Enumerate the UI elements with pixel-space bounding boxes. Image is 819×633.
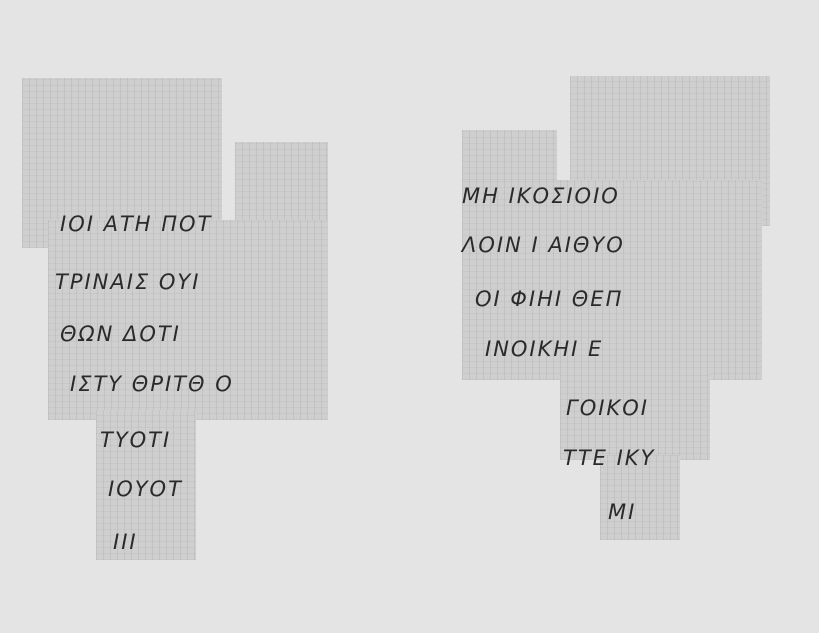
left-text-line: ΘΩΝ ΔΟΤΙ: [60, 322, 181, 346]
left-text-line: ΤΡΙΝΑΙΣ ΟΥΙ: [55, 270, 200, 294]
right-text-line: ΟΙ ΦΙΗΙ ΘΕΠ: [475, 287, 623, 311]
left-text-line: ΙΙΙ: [113, 530, 138, 554]
right-text-line: ΤΤΕ ΙΚΥ: [563, 446, 655, 470]
left-text-line: ΤΥΟΤΙ: [100, 428, 171, 452]
left-text-line: ΙΟΙ ΑΤΗ ΠΟΤ: [60, 212, 212, 236]
right-text-line: ΛΟΙΝ Ι ΑΙΘΥΟ: [462, 233, 625, 257]
left-text-line: ΙΣΤΥ ΘΡΙΤΘ Ο: [70, 372, 234, 396]
right-text-line: ΜΗ ΙΚΟΣΙΟΙΟ: [462, 184, 620, 208]
right-text-line: ΓΟΙΚΟΙ: [566, 396, 649, 420]
right-text-line: ΜΙ: [608, 500, 636, 524]
left-text-line: ΙΟΥΟΤ: [108, 477, 183, 501]
right-text-line: ΙΝΟΙΚΗΙ Ε: [485, 337, 603, 361]
